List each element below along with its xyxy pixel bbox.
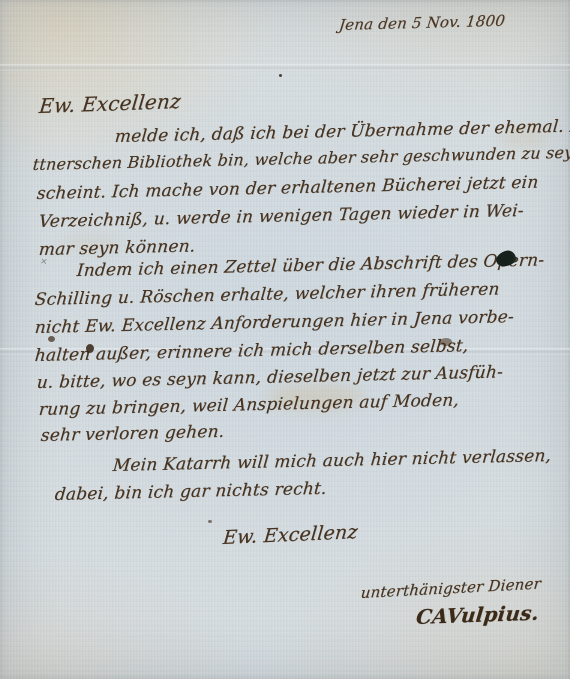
body-line: halten außer, erinnere ich mich derselbe… (34, 336, 469, 366)
fold-crease-top (0, 64, 570, 71)
letter-page: Jena den 5 Nov. 1800 Ew. Excellenz melde… (0, 0, 570, 679)
ink-speck (279, 74, 282, 77)
closing-salutation: Ew. Excellenz (222, 521, 359, 549)
body-line: mar seyn können. (38, 236, 196, 260)
date-line: Jena den 5 Nov. 1800 (338, 12, 506, 34)
valediction: unterthänigster Diener (360, 574, 542, 602)
body-line: scheint. Ich mache von der erhaltenen Bü… (36, 173, 539, 204)
body-line: Mein Katarrh will mich auch hier nicht v… (112, 446, 552, 476)
signature: CAVulpius. (415, 601, 540, 629)
body-line: nicht Ew. Excellenz Anforderungen hier i… (34, 307, 515, 338)
body-line: melde ich, daß ich bei der Übernahme der… (114, 116, 570, 147)
body-line: u. bitte, wo es seyn kann, dieselben jet… (36, 362, 504, 393)
body-line: Verzeichniß, u. werde in wenigen Tagen w… (38, 201, 525, 232)
body-line: dabei, bin ich gar nichts recht. (54, 479, 327, 505)
ink-speck (208, 520, 212, 523)
pencil-mark: × (39, 257, 48, 268)
body-line: sehr verloren gehen. (40, 422, 225, 446)
salutation: Ew. Excellenz (38, 89, 182, 118)
body-line: Schilling u. Röschen erhalte, welcher ih… (34, 279, 500, 310)
body-line: ttnerschen Bibliothek bin, welche aber s… (32, 142, 570, 174)
body-line: rung zu bringen, weil Anspielungen auf M… (38, 390, 460, 420)
